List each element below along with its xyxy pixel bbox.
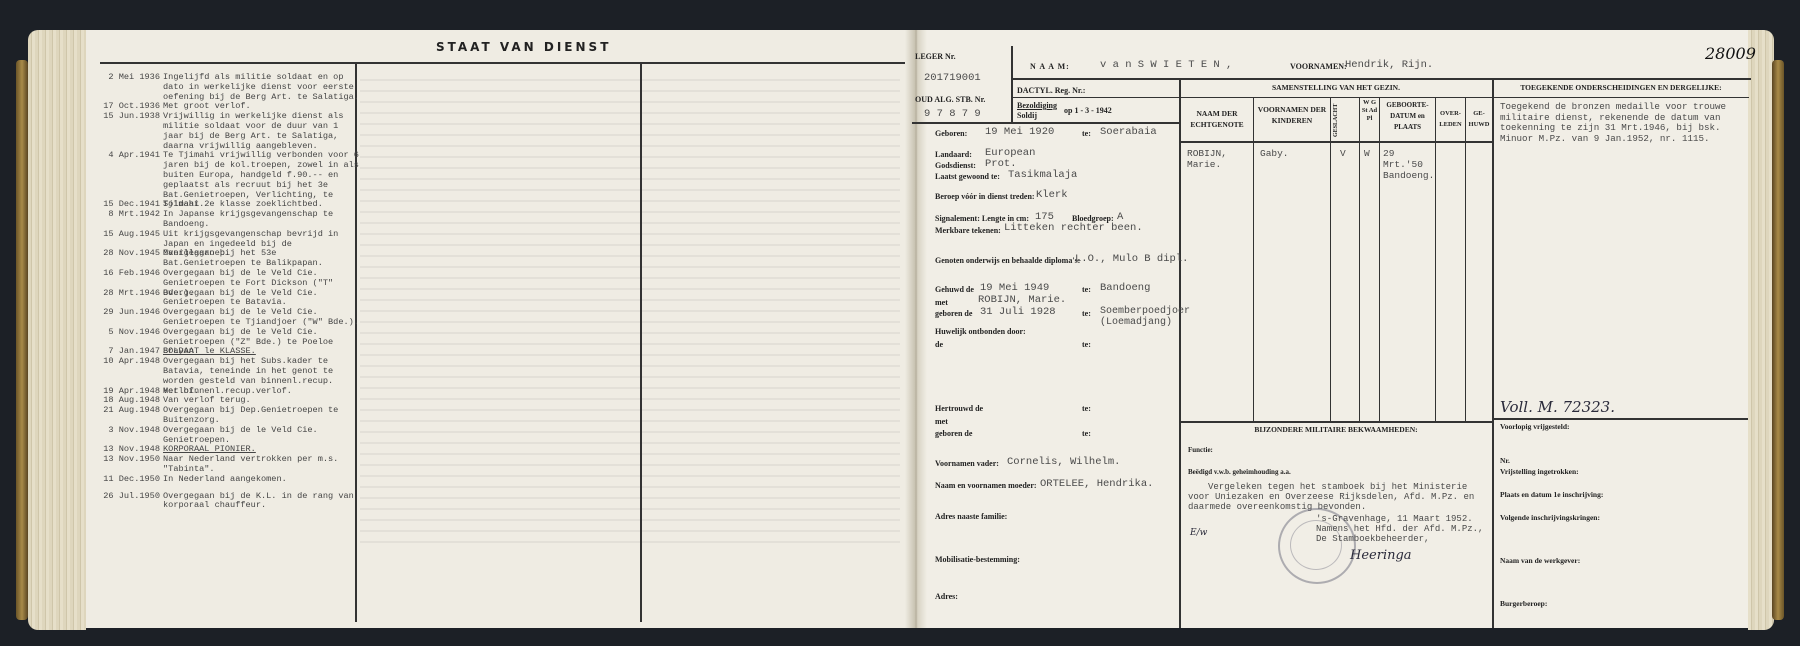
entry-text: Vrijwillig in werkelijke dienst als mili… <box>160 112 363 151</box>
onderscheidingen-title: TOEGEKENDE ONDERSCHEIDINGEN EN DERGELIJK… <box>1494 82 1748 93</box>
merkbare-tekenen-label: Merkbare tekenen: <box>935 226 1001 235</box>
th-overleden: OVER-LEDEN <box>1436 108 1465 130</box>
entry-date: 21 Aug.1948 <box>96 406 160 416</box>
partner-geboren-label: geboren de <box>935 309 972 318</box>
gezin-title: SAMENSTELLING VAN HET GEZIN. <box>1180 82 1492 93</box>
entry-text: Overgegaan bij de le Veld Cie. Genietroe… <box>160 289 363 309</box>
nr-label: Nr. <box>1500 456 1510 465</box>
service-record-entry: 26 Jul.1950Overgegaan bij de K.L. in de … <box>96 492 366 512</box>
moeder-value: ORTELEE, Hendrika. <box>1040 478 1153 490</box>
beheerder: De Stamboekbeheerder, <box>1316 534 1429 544</box>
leger-nr-value: 201719001 <box>924 72 981 84</box>
service-record-entry: 13 Nov.1950Naar Nederland vertrokken per… <box>96 455 366 475</box>
cell-echtgenote: ROBIJN, Marie. <box>1187 148 1253 170</box>
entry-text: In Nederland aangekomen. <box>160 475 363 485</box>
voorlopig-label: Voorlopig vrijgesteld: <box>1500 422 1570 431</box>
onderscheidingen-handwritten: Voll. M. 72323. <box>1500 398 1615 416</box>
cell-kind: Gaby. <box>1260 148 1289 159</box>
service-record-entry: 3 Nov.1948Overgegaan bij de le Veld Cie.… <box>96 426 366 446</box>
divider <box>1011 97 1179 98</box>
te-label: te: <box>1082 404 1091 413</box>
partner-name-value: ROBIJN, Marie. <box>978 294 1066 306</box>
th-echtgenote: NAAM DER ECHTGENOTE <box>1182 108 1252 130</box>
page-title: STAAT VAN DIENST <box>436 40 611 54</box>
te-label: te: <box>1082 429 1091 438</box>
geboren-value: 19 Mei 1920 <box>985 126 1054 138</box>
th-geboorte: GEBOORTE-DATUM en PLAATS <box>1380 100 1435 133</box>
gehuwd-te-value: Bandoeng <box>1100 282 1150 294</box>
te-label: te: <box>1082 285 1091 294</box>
gehuwd-value: 19 Mei 1949 <box>980 282 1049 294</box>
book-cover-left <box>16 60 28 620</box>
entry-text: In Japanse krijgsgevangenschap te Bandoe… <box>160 210 363 230</box>
geboren-label: Geboren: <box>935 129 967 138</box>
plaats-datum: 's-Gravenhage, 11 Maart 1952. <box>1316 514 1473 524</box>
table-col <box>1465 97 1466 421</box>
geboren-te-value: Soerabaia <box>1100 126 1157 138</box>
cell-geslacht: V <box>1340 148 1346 159</box>
th-kinderen: VOORNAMEN DER KINDEREN <box>1256 104 1328 126</box>
voornamen-label: VOORNAMEN: <box>1290 62 1347 71</box>
beroep-value: Klerk <box>1036 189 1068 201</box>
th-wg: W G St Ad Pl <box>1360 99 1379 123</box>
entry-date: 10 Apr.1948 <box>96 357 160 367</box>
voornamen-vader-label: Voornamen vader: <box>935 459 999 468</box>
service-record-entry: 2 Mei 1936Ingelijfd als militie soldaat … <box>96 73 366 102</box>
huwelijk-ontbonden-label: Huwelijk ontbonden door: <box>935 327 1026 336</box>
table-col <box>1330 97 1331 421</box>
th-geslacht: GESLACHT <box>1331 100 1359 140</box>
beedigd-label: Beëdigd v.w.b. geheimhouding a.a. <box>1188 468 1291 476</box>
godsdienst-label: Godsdienst: <box>935 161 976 170</box>
th-gehuwd: GE-HUWD <box>1466 108 1492 130</box>
werkgever-label: Naam van de werkgever: <box>1500 556 1580 565</box>
initials: E/w <box>1190 528 1207 538</box>
namens: Namens het Hfd. der Afd. M.Pz., <box>1316 524 1483 534</box>
leger-nr-label: LEGER Nr. <box>915 52 956 61</box>
te-label: te: <box>1082 340 1091 349</box>
signature: Heeringa <box>1350 548 1412 563</box>
entry-date: 16 Feb.1946 <box>96 269 160 279</box>
naam-label: N A A M: <box>1030 62 1070 71</box>
mobilisatie-label: Mobilisatie-bestemming: <box>935 555 1020 564</box>
entry-date: 4 Apr.1941 <box>96 151 160 161</box>
beroep-label: Beroep vóór in dienst treden: <box>935 192 1035 201</box>
service-record-entry: 8 Mrt.1942In Japanse krijgsgevangenschap… <box>96 210 366 230</box>
divider <box>1179 141 1492 143</box>
laatst-gewoond-value: Tasikmalaja <box>1008 169 1077 181</box>
met-label: met <box>935 417 948 426</box>
bezoldiging-value: op 1 - 3 - 1942 <box>1064 106 1112 115</box>
divider <box>1179 421 1492 423</box>
landaard-label: Landaard: <box>935 150 972 159</box>
onderwijs-label: Genoten onderwijs en behaalde diploma's: <box>935 256 1080 265</box>
entry-text: Overgegaan bij het 53e Bat.Genietroepen … <box>160 249 363 269</box>
entry-date: 28 Mrt.1946 <box>96 289 160 299</box>
header-rule <box>1011 78 1751 80</box>
divider <box>1179 97 1749 98</box>
table-col <box>1379 97 1380 421</box>
plaats-inschrijving-label: Plaats en datum 1e inschrijving: <box>1500 490 1603 499</box>
service-record-entry: 29 Jun.1946Overgegaan bij de le Veld Cie… <box>96 308 366 328</box>
entry-date: 26 Jul.1950 <box>96 492 160 502</box>
vergeleken-text: Vergeleken tegen het stamboek bij het Mi… <box>1188 482 1490 512</box>
divider <box>912 122 1180 124</box>
book-cover-right <box>1772 60 1784 620</box>
te-label: te: <box>1082 129 1091 138</box>
entry-date: 13 Nov.1950 <box>96 455 160 465</box>
service-record-entry: 28 Nov.1945Overgegaan bij het 53e Bat.Ge… <box>96 249 366 269</box>
entry-date: 28 Nov.1945 <box>96 249 160 259</box>
merkbare-tekenen-value: Litteken rechter been. <box>1004 222 1143 234</box>
table-col <box>1359 97 1360 421</box>
bleed-through-text <box>360 70 900 550</box>
entry-text: Ingelijfd als militie soldaat en op dato… <box>160 73 363 102</box>
divider <box>1011 46 1013 122</box>
adres-label: Adres: <box>935 592 958 601</box>
column-divider <box>640 62 642 622</box>
entry-date: 15 Aug.1945 <box>96 230 160 240</box>
entry-text: Overgegaan bij de le Veld Cie. Genietroe… <box>160 426 363 446</box>
divider <box>1492 418 1748 420</box>
partner-geboren-te-value: Soemberpoedjoer <box>1100 306 1190 317</box>
oud-alg-stb-label: OUD ALG. STB. Nr. <box>915 95 985 104</box>
title-rule <box>100 62 910 64</box>
column-divider <box>1179 78 1181 628</box>
entry-date: 11 Dec.1950 <box>96 475 160 485</box>
vrijstelling-label: Vrijstelling ingetrokken: <box>1500 467 1579 476</box>
voornamen-value: Hendrik, Rijn. <box>1345 59 1433 71</box>
adres-familie-label: Adres naaste familie: <box>935 512 1007 521</box>
moeder-label: Naam en voornamen moeder: <box>935 481 1037 490</box>
soldij-label: Soldij <box>1017 111 1037 120</box>
voornamen-vader-value: Cornelis, Wilhelm. <box>1007 456 1120 468</box>
partner-geboren-te-value-2: (Loemadjang) <box>1100 317 1172 328</box>
page-number-handwritten: 28009 <box>1705 44 1756 63</box>
onderscheidingen-text: Toegekend de bronzen medaille voor trouw… <box>1500 102 1745 144</box>
hertrouwd-label: Hertrouwd de <box>935 404 983 413</box>
entry-date: 29 Jun.1946 <box>96 308 160 318</box>
partner-geboren-value: 31 Juli 1928 <box>980 306 1056 318</box>
functie-label: Functie: <box>1188 446 1213 454</box>
entry-text: Naar Nederland vertrokken per m.s. "Tabi… <box>160 455 363 475</box>
column-divider <box>1492 78 1494 628</box>
naam-value: v a n S W I E T E N , <box>1100 59 1232 71</box>
entry-date: 2 Mei 1936 <box>96 73 160 83</box>
dactyl-label: DACTYL. Reg. Nr.: <box>1017 86 1085 95</box>
gehuwd-label: Gehuwd de <box>935 285 974 294</box>
entry-text: Overgegaan bij Dep.Genietroepen te Buite… <box>160 406 363 426</box>
service-record-entry: 28 Mrt.1946Overgegaan bij de le Veld Cie… <box>96 289 366 309</box>
table-col <box>1253 97 1254 421</box>
table-col <box>1435 97 1436 421</box>
book-page-edges-right <box>1748 30 1774 630</box>
book-page-edges-left <box>28 30 86 630</box>
volgende-label: Volgende inschrijvingskringen: <box>1500 513 1600 522</box>
entry-text: Overgegaan bij de K.L. in de rang van ko… <box>160 492 363 512</box>
te-label: te: <box>1082 309 1091 318</box>
laatst-gewoond-label: Laatst gewoond te: <box>935 172 1000 181</box>
oud-alg-stb-value: 9 7 8 7 9 <box>924 108 981 120</box>
burgerberoep-label: Burgerberoep: <box>1500 599 1547 608</box>
entry-text: Overgegaan bij de le Veld Cie. Genietroe… <box>160 308 363 328</box>
entry-date: 5 Nov.1946 <box>96 328 160 338</box>
entry-date: 8 Mrt.1942 <box>96 210 160 220</box>
de-label: de <box>935 340 943 349</box>
service-record-entry: 15 Jun.1938Vrijwillig in werkelijke dien… <box>96 112 366 151</box>
service-record-entry: 21 Aug.1948Overgegaan bij Dep.Genietroep… <box>96 406 366 426</box>
bekwaamheden-title: BIJZONDERE MILITAIRE BEKWAAMHEDEN: <box>1180 424 1492 435</box>
cell-wg: W <box>1364 148 1370 159</box>
entry-date: 3 Nov.1948 <box>96 426 160 436</box>
met-label: met <box>935 298 948 307</box>
bezoldiging-label: Bezoldiging <box>1017 101 1057 110</box>
cell-geboorte: 29 Mrt.'50 Bandoeng. <box>1383 148 1435 181</box>
entry-date: 15 Jun.1938 <box>96 112 160 122</box>
service-record-entry: 11 Dec.1950In Nederland aangekomen. <box>96 475 366 485</box>
onderwijs-value: L.O., Mulo B dipl. <box>1075 253 1188 265</box>
geboren-de-label: geboren de <box>935 429 972 438</box>
